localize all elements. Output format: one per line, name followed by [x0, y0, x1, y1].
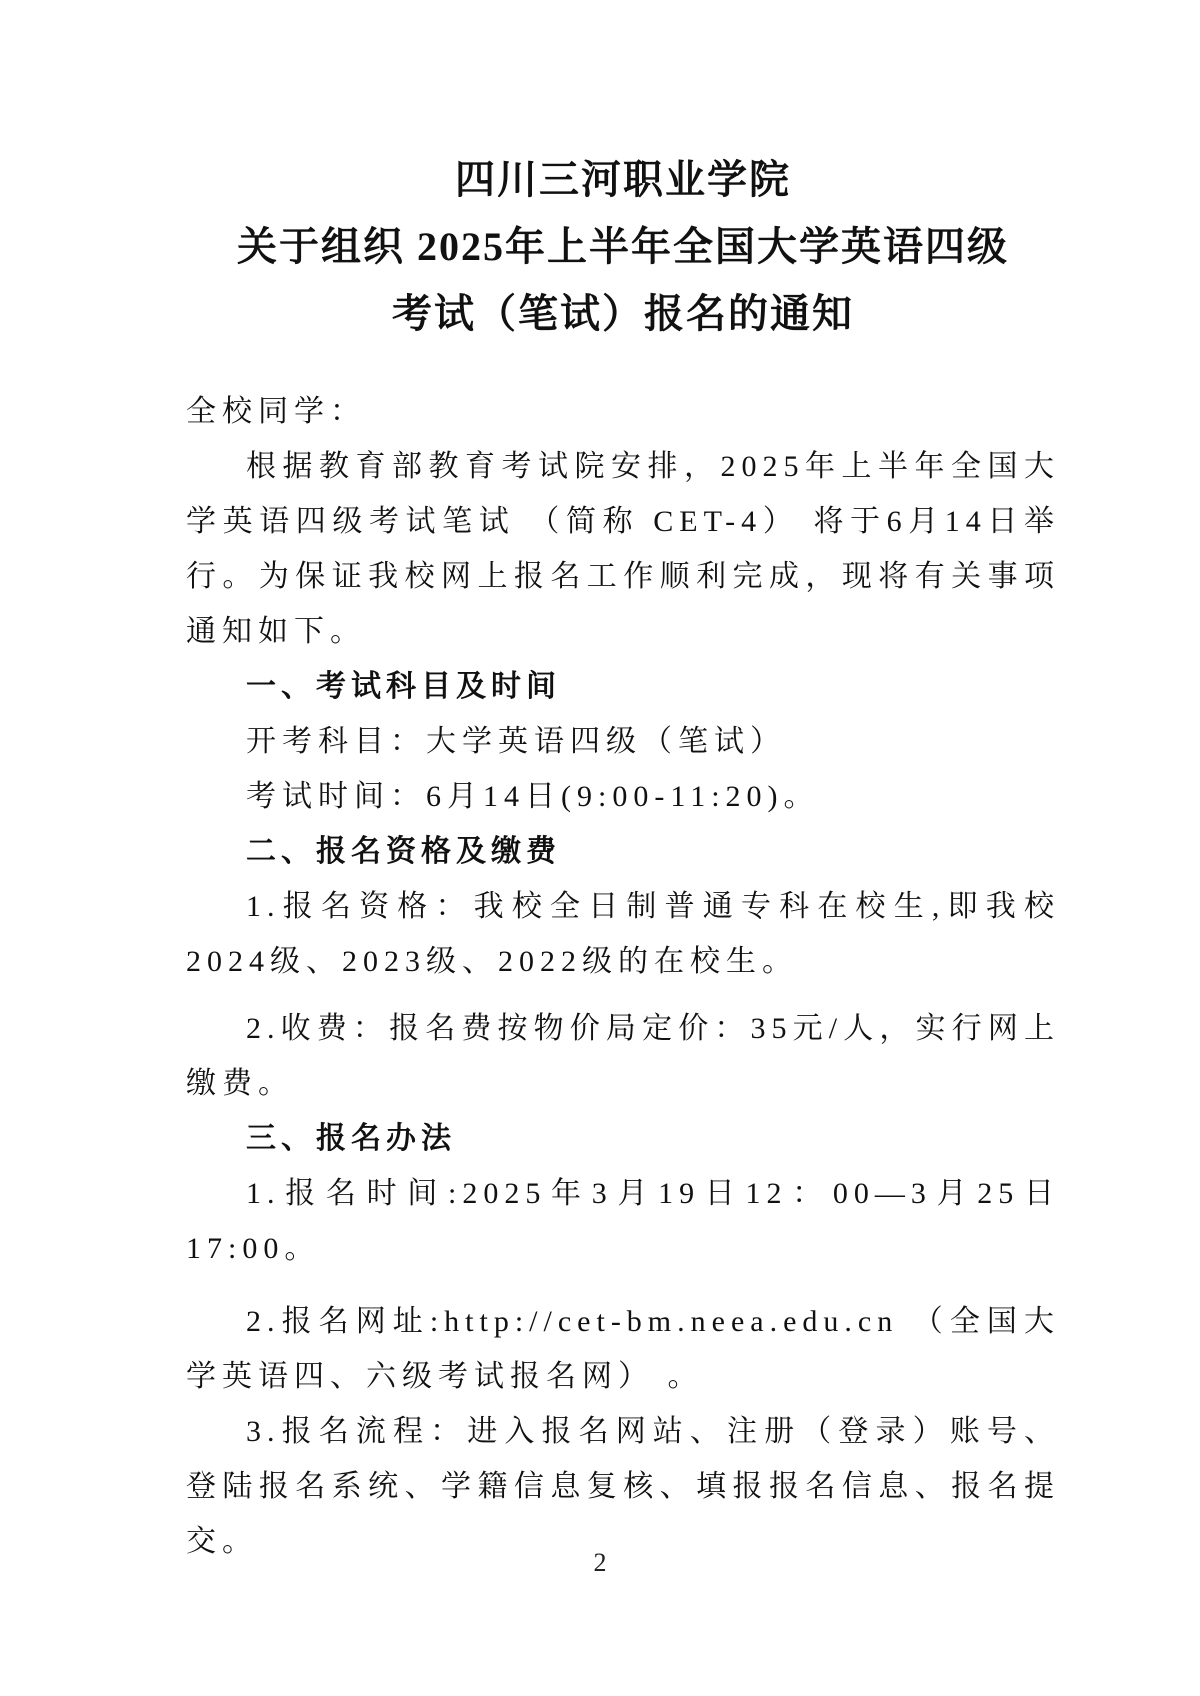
document-title: 四川三河职业学院 关于组织 2025年上半年全国大学英语四级 考试（笔试）报名的… — [186, 146, 1060, 347]
title-line-3: 考试（笔试）报名的通知 — [186, 280, 1060, 347]
section-1-paragraph-1: 开考科目：大学英语四级（笔试） — [186, 714, 1060, 769]
section-3-paragraph-3: 3.报名流程：进入报名网站、注册（登录）账号、登陆报名系统、学籍信息复核、填报报… — [186, 1404, 1060, 1569]
section-3-paragraph-1: 1.报名时间:2025年3月19日12：00—3月25日17:00。 — [186, 1166, 1060, 1276]
salutation: 全校同学： — [186, 384, 1060, 439]
section-3-paragraph-2: 2.报名网址:http://cet-bm.neea.edu.cn （全国大学英语… — [186, 1294, 1060, 1404]
title-line-1: 四川三河职业学院 — [186, 146, 1060, 213]
page-footer: 2 — [0, 1548, 1200, 1578]
section-2-paragraph-2: 2.收费：报名费按物价局定价：35元/人，实行网上缴费。 — [186, 1001, 1060, 1111]
intro-paragraph: 根据教育部教育考试院安排，2025年上半年全国大学英语四级考试笔试 （简称 CE… — [186, 439, 1060, 659]
section-1-paragraph-2: 考试时间：6月14日(9:00-11:20)。 — [186, 769, 1060, 824]
page-number: 2 — [594, 1548, 607, 1577]
title-line-2: 关于组织 2025年上半年全国大学英语四级 — [186, 213, 1060, 280]
document-body: 全校同学： 根据教育部教育考试院安排，2025年上半年全国大学英语四级考试笔试 … — [186, 384, 1060, 1569]
document-page: 四川三河职业学院 关于组织 2025年上半年全国大学英语四级 考试（笔试）报名的… — [0, 0, 1200, 1696]
section-3-heading: 三、报名办法 — [186, 1111, 1060, 1166]
section-2-heading: 二、报名资格及缴费 — [186, 824, 1060, 879]
section-1-heading: 一、考试科目及时间 — [186, 659, 1060, 714]
section-2-paragraph-1: 1.报名资格：我校全日制普通专科在校生,即我校2024级、2023级、2022级… — [186, 879, 1060, 989]
